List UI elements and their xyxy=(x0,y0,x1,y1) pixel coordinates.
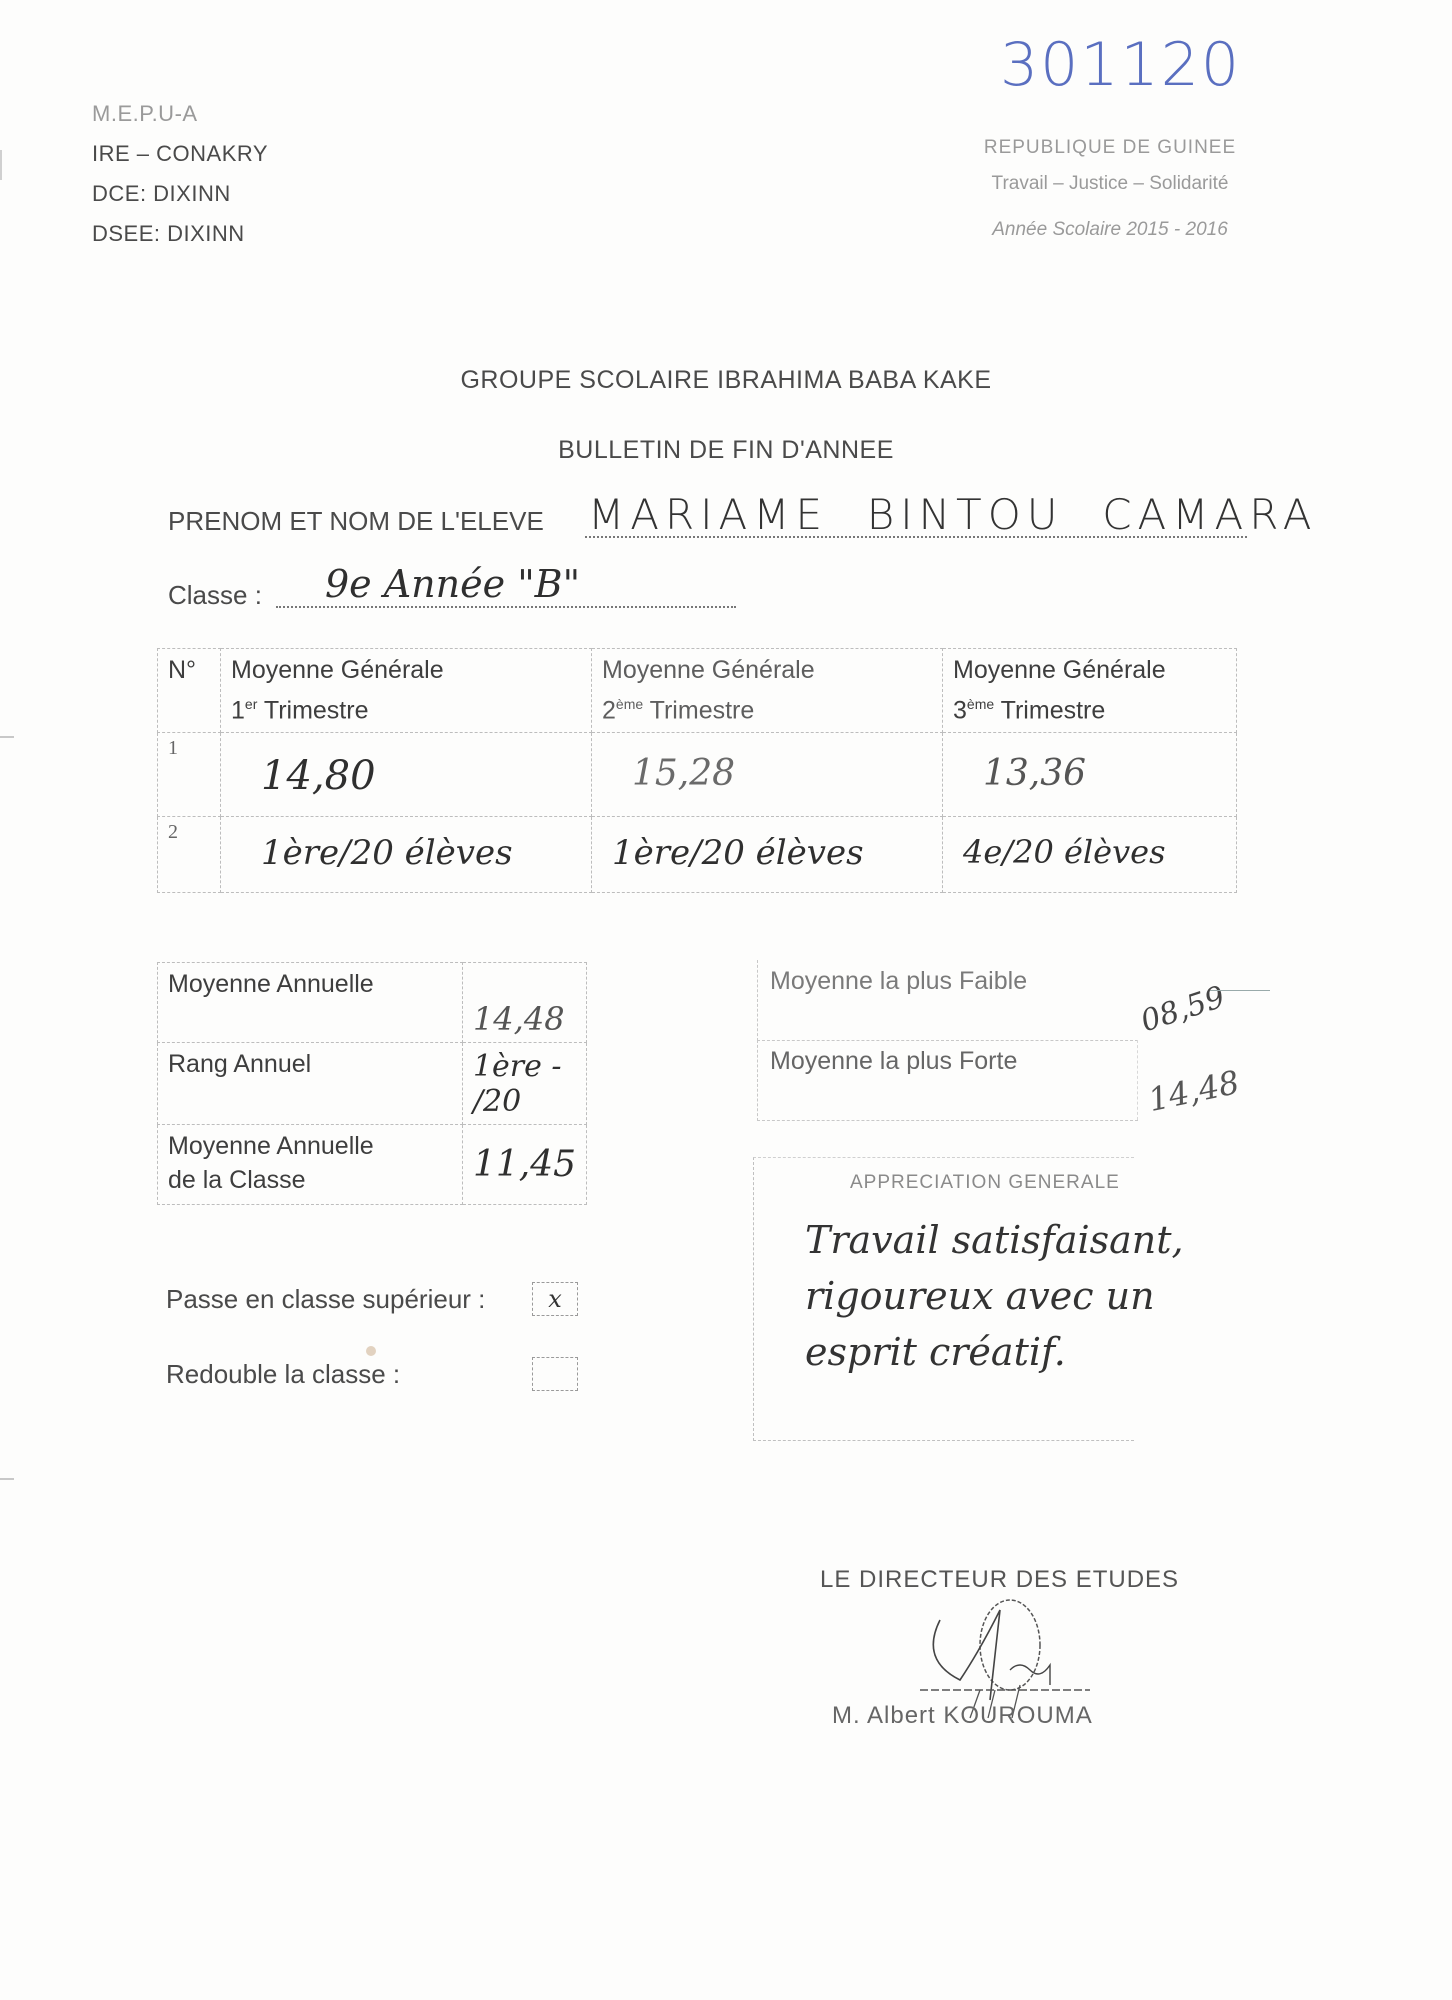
repeat-label: Redouble la classe : xyxy=(166,1359,400,1390)
annual-average-label: Moyenne Annuelle xyxy=(158,963,463,1043)
header-sup: ème xyxy=(967,696,994,712)
pen-stroke xyxy=(1210,990,1270,991)
document-title: BULLETIN DE FIN D'ANNEE xyxy=(0,436,1452,465)
trimester-3-average: 13,36 xyxy=(943,733,1237,817)
lowest-average-value: 08,59 xyxy=(1137,980,1230,1040)
class-average-row: Moyenne Annuelle de la Classe 11,45 xyxy=(158,1125,587,1205)
header-trimester-1: Moyenne Générale 1er Trimestre xyxy=(221,649,592,733)
scan-mark xyxy=(0,1478,14,1480)
trimester-1-rank: 1ère/20 élèves xyxy=(221,817,592,893)
header-label: Moyenne Générale xyxy=(953,653,1226,687)
stain xyxy=(366,1346,376,1356)
label-line: de la Classe xyxy=(168,1163,452,1197)
repeat-checkbox[interactable] xyxy=(532,1357,578,1391)
annual-table: Moyenne Annuelle 14,48 Rang Annuel 1ère … xyxy=(157,962,587,1205)
header-line: IRE – CONAKRY xyxy=(92,134,268,174)
highest-average-label: Moyenne la plus Forte xyxy=(758,1040,1138,1082)
annual-rank-row: Rang Annuel 1ère - /20 xyxy=(158,1043,587,1125)
table-row: 2 1ère/20 élèves 1ère/20 élèves 4e/20 él… xyxy=(158,817,1237,893)
header-label: 1er Trimestre xyxy=(231,687,581,727)
class-average-label: Moyenne Annuelle de la Classe xyxy=(158,1125,463,1205)
annual-rank-value: 1ère - /20 xyxy=(462,1043,586,1125)
class-label: Classe : xyxy=(168,580,262,611)
lowest-average-label: Moyenne la plus Faible xyxy=(758,960,1138,1002)
trimester-2-rank: 1ère/20 élèves xyxy=(592,817,943,893)
divider xyxy=(1137,1040,1139,1120)
trimester-1-average: 14,80 xyxy=(221,733,592,817)
director-name: M. Albert KOUROUMA xyxy=(832,1702,1093,1730)
header-num: 2 xyxy=(602,696,616,724)
header-label: Moyenne Générale xyxy=(231,653,581,687)
signature-icon xyxy=(900,1590,1100,1720)
header-label: 3ème Trimestre xyxy=(953,687,1226,727)
annual-rank-label: Rang Annuel xyxy=(158,1043,463,1125)
highest-average-value: 14,48 xyxy=(1145,1063,1243,1119)
header-line: DCE: DIXINN xyxy=(92,174,268,214)
appreciation-line: Travail satisfaisant, xyxy=(805,1212,1184,1268)
student-name-label: PRENOM ET NOM DE L'ELEVE xyxy=(168,506,544,537)
header-line: M.E.P.U-A xyxy=(92,94,268,134)
table-row: 1 14,80 15,28 13,36 xyxy=(158,733,1237,817)
header-sup: er xyxy=(245,696,257,712)
lowest-average-cell: Moyenne la plus Faible xyxy=(757,960,1138,1041)
scan-edge xyxy=(0,150,2,180)
class-dotted-line xyxy=(276,606,736,608)
appreciation-text: Travail satisfaisant, rigoureux avec un … xyxy=(805,1212,1184,1380)
label-line: Moyenne Annuelle xyxy=(168,1129,452,1163)
class-value: 9e Année "B" xyxy=(325,562,580,606)
header-word: Trimestre xyxy=(264,696,369,724)
school-name: GROUPE SCOLAIRE IBRAHIMA BABA KAKE xyxy=(0,366,1452,395)
national-motto: Travail – Justice – Solidarité xyxy=(950,166,1270,202)
class-average-value: 11,45 xyxy=(462,1125,586,1205)
header-no: N° xyxy=(158,649,221,733)
highest-average-cell: Moyenne la plus Forte xyxy=(757,1040,1138,1121)
header-num: 3 xyxy=(953,696,967,724)
scan-mark xyxy=(0,736,14,738)
annual-average-value: 14,48 xyxy=(462,963,586,1043)
trimester-2-average: 15,28 xyxy=(592,733,943,817)
row-number: 2 xyxy=(158,817,221,893)
header-sup: ème xyxy=(616,696,643,712)
republic-header: REPUBLIQUE DE GUINEE Travail – Justice –… xyxy=(950,130,1270,250)
school-year: Année Scolaire 2015 - 2016 xyxy=(950,210,1270,250)
header-word: Trimestre xyxy=(650,696,755,724)
header-num: 1 xyxy=(231,696,245,724)
row-number: 1 xyxy=(158,733,221,817)
trimester-table: N° Moyenne Générale 1er Trimestre Moyenn… xyxy=(157,648,1237,893)
header-label: Moyenne Générale xyxy=(602,653,932,687)
annual-average-row: Moyenne Annuelle 14,48 xyxy=(158,963,587,1043)
student-name-value: MARIAME BINTOU CAMARA xyxy=(588,490,1317,539)
table-header-row: N° Moyenne Générale 1er Trimestre Moyenn… xyxy=(158,649,1237,733)
document-number: 301120 xyxy=(1000,30,1241,100)
header-trimester-2: Moyenne Générale 2ème Trimestre xyxy=(592,649,943,733)
country-name: REPUBLIQUE DE GUINEE xyxy=(950,130,1270,166)
appreciation-line: esprit créatif. xyxy=(805,1324,1184,1380)
trimester-3-rank: 4e/20 élèves xyxy=(943,817,1237,893)
header-label: 2ème Trimestre xyxy=(602,687,932,727)
header-line: DSEE: DIXINN xyxy=(92,214,268,254)
promote-checkbox[interactable]: x xyxy=(532,1282,578,1316)
appreciation-line: rigoureux avec un xyxy=(805,1268,1184,1324)
promote-label: Passe en classe supérieur : xyxy=(166,1284,485,1315)
ministry-header: M.E.P.U-A IRE – CONAKRY DCE: DIXINN DSEE… xyxy=(92,94,268,254)
appreciation-title: APPRECIATION GENERALE xyxy=(850,1172,1120,1194)
header-trimester-3: Moyenne Générale 3ème Trimestre xyxy=(943,649,1237,733)
header-word: Trimestre xyxy=(1001,696,1106,724)
